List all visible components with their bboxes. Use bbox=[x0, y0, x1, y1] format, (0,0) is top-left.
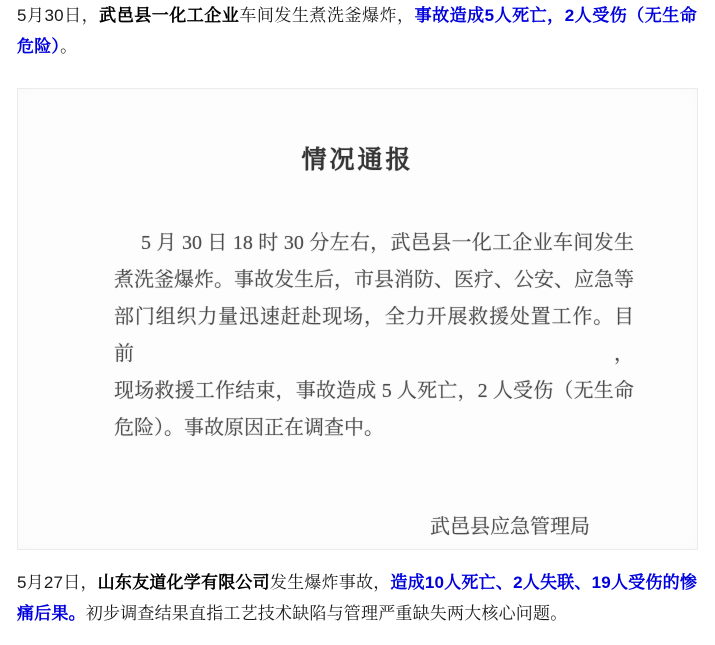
notice-body-line: 现场救援工作结束，事故造成 5 人死亡，2 人受伤（无生命 bbox=[114, 373, 634, 410]
notice-image[interactable]: 情况通报 5 月 30 日 18 时 30 分左右，武邑县一化工企业车间发生 煮… bbox=[17, 88, 698, 550]
issue-date: 2025 年 5 月 31 日 bbox=[430, 546, 697, 550]
intro-paragraph-2: 5月27日，山东友道化学有限公司发生爆炸事故，造成10人死亡、2人失联、19人受… bbox=[17, 567, 697, 629]
company-name-bold: 山东友道化学有限公司 bbox=[98, 573, 270, 592]
text-segment: 5月30日， bbox=[17, 6, 99, 25]
text-segment: 5月27日， bbox=[17, 573, 98, 592]
issuer-name: 武邑县应急管理局 bbox=[430, 509, 697, 546]
text-segment: 。 bbox=[60, 37, 77, 56]
company-name-bold: 武邑县一化工企业 bbox=[99, 6, 239, 25]
notice-body-line: 煮洗釜爆炸。事故发生后，市县消防、医疗、公安、应急等 bbox=[114, 262, 634, 299]
notice-body: 5 月 30 日 18 时 30 分左右，武邑县一化工企业车间发生 煮洗釜爆炸。… bbox=[114, 225, 634, 447]
notice-title: 情况通报 bbox=[18, 142, 697, 179]
text-segment: 发生爆炸事故， bbox=[270, 573, 391, 592]
text-segment: 初步调查结果直指工艺技术缺陷与管理严重缺失两大核心问题。 bbox=[86, 604, 568, 623]
intro-paragraph-1: 5月30日，武邑县一化工企业车间发生煮洗釜爆炸，事故造成5人死亡，2人受伤（无生… bbox=[17, 0, 697, 62]
article-body: 5月30日，武邑县一化工企业车间发生煮洗釜爆炸，事故造成5人死亡，2人受伤（无生… bbox=[0, 0, 715, 645]
notice-signature: 武邑县应急管理局 2025 年 5 月 31 日 bbox=[430, 509, 697, 550]
notice-body-line: 危险）。事故原因正在调查中。 bbox=[114, 410, 634, 447]
text-segment: 车间发生煮洗釜爆炸， bbox=[239, 6, 414, 25]
notice-body-line: 部门组织力量迅速赶赴现场，全力开展救援处置工作。目前， bbox=[114, 299, 634, 373]
notice-body-line: 5 月 30 日 18 时 30 分左右，武邑县一化工企业车间发生 bbox=[114, 225, 634, 262]
